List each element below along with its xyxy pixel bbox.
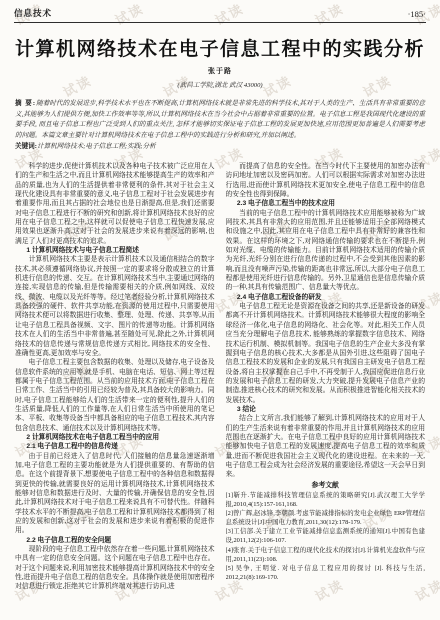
paragraph: 电子信息工程主要包含数据的收集、处理以及储存,电子设备及信息软件系统的应用等,就… — [15, 358, 215, 433]
keywords-text: 计算机网络技术;电子信息工程;实践;分析 — [37, 143, 156, 150]
paragraph: 由于目前已经进入了信息时代, 人们接触的信息量急速逐渐增加,电子信息工程的主要功… — [15, 452, 215, 536]
reference-item: [3]工信部.关于建立工业节能减排信息监测系统的通知[J].中国有色建设,201… — [226, 527, 426, 545]
abstract-text: 随着时代的发展进步,科学技术水平也在不断提高,计算机网络技术就是非常先进的科学技… — [15, 100, 425, 139]
section-heading: 2 计算机网络技术在电子信息工程当中的应用 — [15, 433, 215, 442]
journal-section-label: 信息技术 — [14, 7, 52, 19]
section-heading: 2.2 电子信息工程的安全问题 — [15, 536, 215, 545]
journal-page: 试读试读试读试读试读试读试读试读试读试读试读试读试读试读试读试读试读试读试读试读… — [0, 0, 440, 620]
paragraph: 结合上文所言,我们能够了解到,计算机网络技术的应用对于人们的生产生活来说有着非常… — [226, 414, 426, 479]
reference-item: [5] 吴争, 王明觉. 对电子信息工程应用的探讨 [J]. 科技与生活, 20… — [226, 564, 426, 582]
section-heading: 3 结论 — [226, 405, 426, 414]
reference-item: [1]靳升.节能减排科技管理信息系统的策略研究[J].武汉理工大学学报,2010… — [226, 491, 426, 509]
section-heading: 2.4 电子信息工程设备的研发 — [226, 293, 426, 302]
section-heading: 2.3 电子信息工程当中的技术应用 — [226, 199, 426, 208]
page-number: ·185· — [408, 9, 426, 19]
reference-item: [4]张育.关于电子信息工程的现代化技术的探讨[J].计算机光盘软件与应用,20… — [226, 546, 426, 564]
section-heading: 1 计算机网络技术与电子信息工程简述 — [15, 246, 215, 255]
keywords-label: 关键词: — [15, 143, 37, 150]
page-header: 信息技术 ·185· — [14, 7, 426, 23]
paragraph: 计算机网络技术主要是表示计算机技术以及通信相结合的数字技术,其必须遵循网络协议,… — [15, 255, 215, 358]
body-columns: 科学的进步,促使计算机技术以及各种电子技术被广泛应用在人们的生产和生活之中,而且… — [15, 162, 425, 600]
paragraph: 科学的进步,促使计算机技术以及各种电子技术被广泛应用在人们的生产和生活之中,而且… — [15, 162, 215, 246]
paragraph: 而提高了信息的安全性。在当今时代下主要使用的加密办法有访问地址加密以及密码加密。… — [226, 162, 426, 199]
author-affiliation: (武昌工学院,湖北 武汉 43000) — [0, 79, 440, 89]
right-column: 而提高了信息的安全性。在当今时代下主要使用的加密办法有访问地址加密以及密码加密。… — [226, 162, 426, 600]
keywords-line: 关键词:计算机网络技术;电子信息工程;实践;分析 — [15, 142, 425, 153]
reference-item: [2]曾广辉,赵冰锋,李朝颜.考虑节能减排指标的发电企业绿色 ERP管理信息系统… — [226, 509, 426, 527]
paragraph: 电子信息工程无论是资源在设备之间的共享,还是新设备的研发都离不开计算机网络技术。… — [226, 302, 426, 405]
paper-title: 计算机网络技术在电子信息工程中的实践分析 — [0, 34, 440, 61]
section-heading: 2.1 电子信息工程中的信息传递 — [15, 442, 215, 451]
left-column: 科学的进步,促使计算机技术以及各种电子技术被广泛应用在人们的生产和生活之中,而且… — [15, 162, 215, 600]
paragraph: 现阶段的电子信息工程中依然存在着一些问题,计算机网络技术中具有一定的信息安全问题… — [15, 545, 215, 592]
abstract: 摘 要:随着时代的发展进步,科学技术水平也在不断提高,计算机网络技术就是非常先进… — [15, 99, 425, 141]
references-title: 参考文献 — [226, 481, 426, 490]
paragraph: 当前的电子信息工程中的计算机网络技术应用能够被称为广域网技术,其具有非常大的应用… — [226, 209, 426, 293]
abstract-label: 摘 要: — [15, 100, 36, 107]
author-name: 张于路 — [0, 66, 440, 76]
